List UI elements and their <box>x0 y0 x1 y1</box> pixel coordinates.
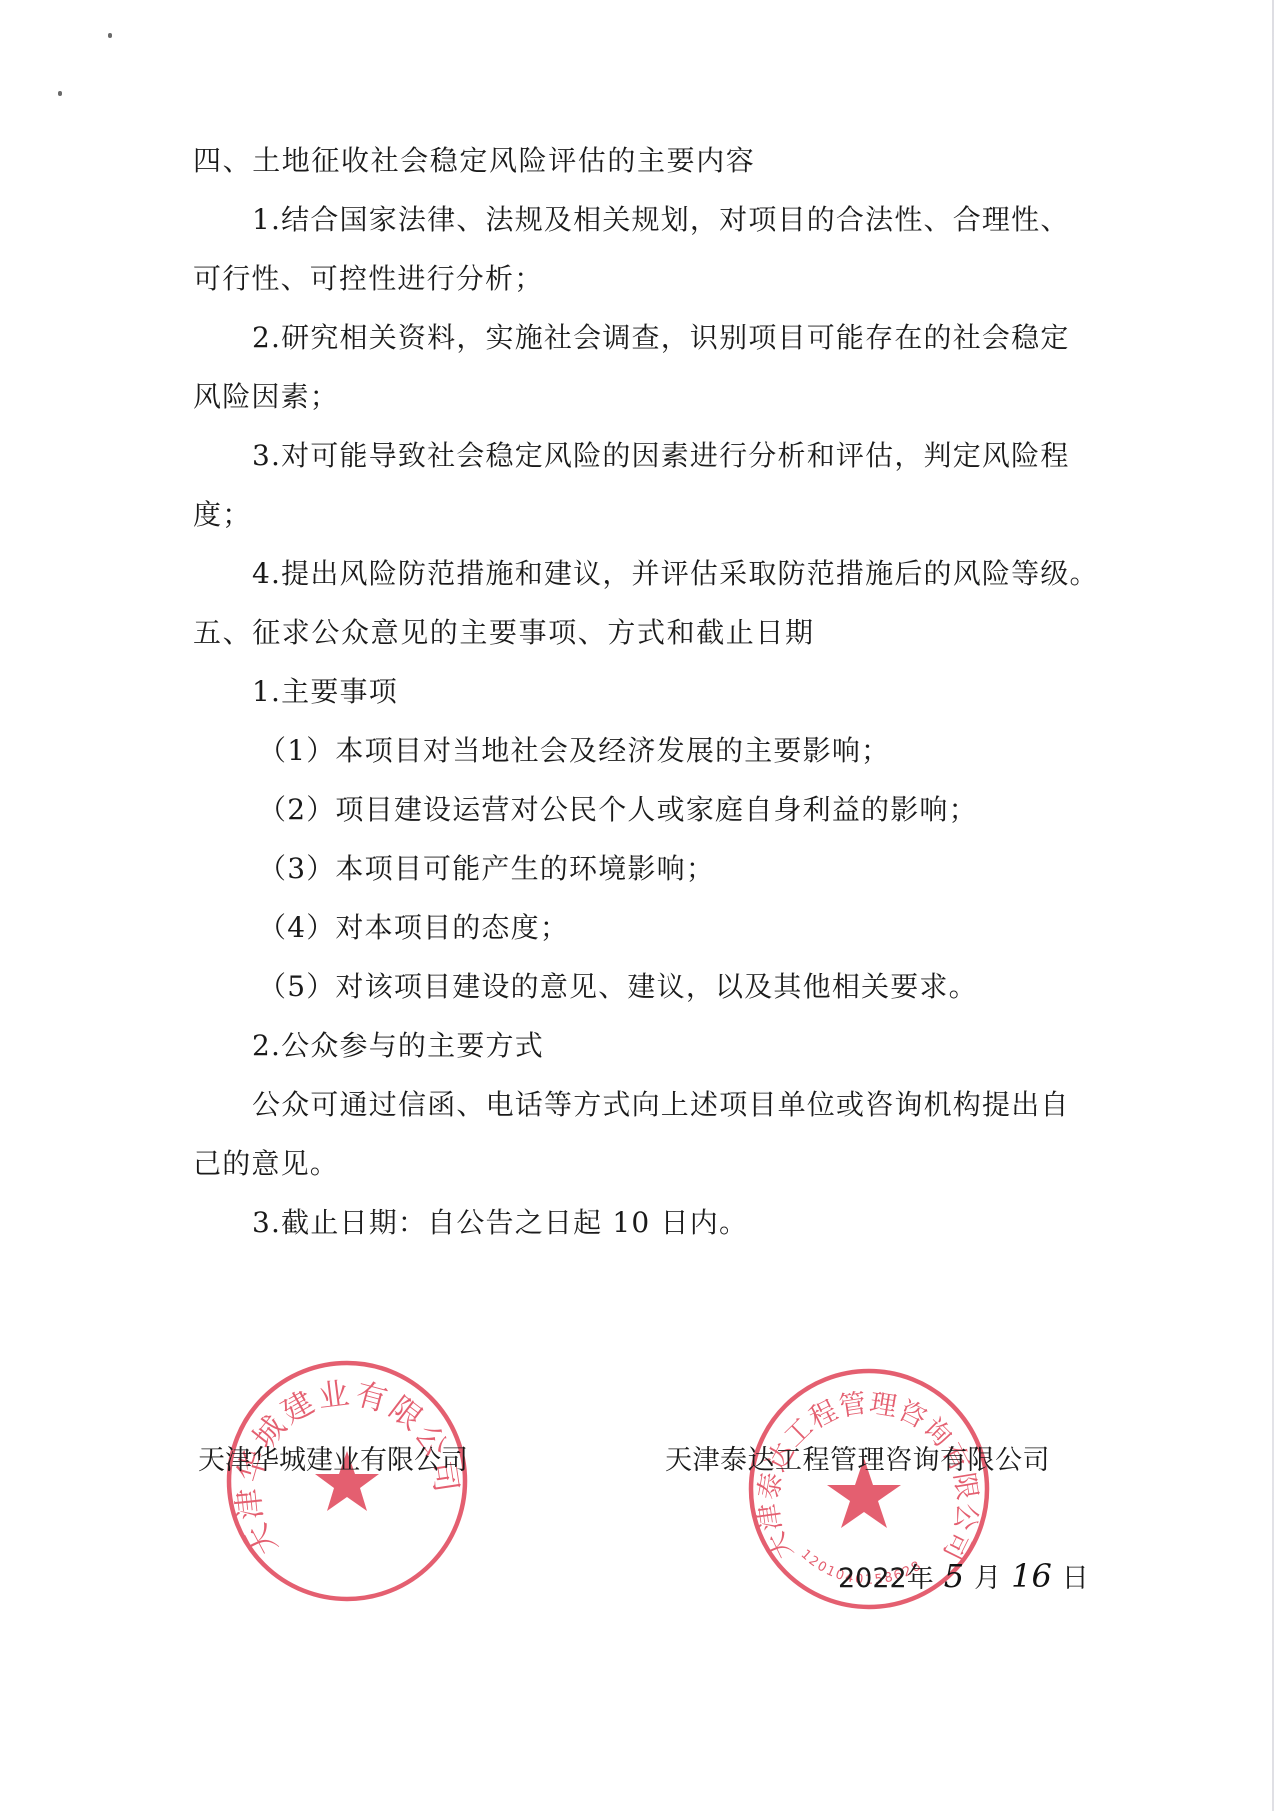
section-5-subitem: （2）项目建设运营对公民个人或家庭自身利益的影响； <box>258 790 1148 830</box>
section-4-line: 4.提出风险防范措施和建议，并评估采取防范措施后的风险等级。 <box>252 554 1142 594</box>
scan-edge-line <box>1272 0 1274 1811</box>
scan-speck <box>58 91 62 96</box>
right-company-name: 天津泰达工程管理咨询有限公司 <box>665 1443 1050 1479</box>
section-5-item-2-text: 己的意见。 <box>193 1144 1083 1184</box>
section-5-item-1-title: 1.主要事项 <box>252 672 1142 712</box>
date-month-unit: 月 <box>974 1563 1001 1594</box>
date-year-unit: 年 <box>907 1563 934 1594</box>
date-day-unit: 日 <box>1062 1563 1089 1594</box>
section-4-line: 风险因素； <box>193 377 1083 417</box>
date-day-handwritten: 16 <box>1011 1557 1052 1595</box>
date-month-handwritten: 5 <box>944 1557 964 1595</box>
section-5-subitem: （1）本项目对当地社会及经济发展的主要影响； <box>258 731 1148 771</box>
seal-icon: 天津华城建业有限公司 <box>224 1358 470 1604</box>
section-4-line: 度； <box>193 495 1083 535</box>
section-5-subitem: （5）对该项目建设的意见、建议，以及其他相关要求。 <box>258 967 1148 1007</box>
section-4-line: 3.对可能导致社会稳定风险的因素进行分析和评估，判定风险程 <box>252 436 1142 476</box>
signature-date: 2022年5月16日 <box>838 1558 1089 1594</box>
section-5-heading: 五、征求公众意见的主要事项、方式和截止日期 <box>193 613 1083 653</box>
section-5-item-3: 3.截止日期：自公告之日起 10 日内。 <box>252 1203 1142 1243</box>
scan-speck <box>108 33 112 38</box>
section-4-heading: 四、土地征收社会稳定风险评估的主要内容 <box>193 141 1083 181</box>
document-page: 四、土地征收社会稳定风险评估的主要内容 1.结合国家法律、法规及相关规划，对项目… <box>0 0 1280 1811</box>
left-company-name: 天津华城建业有限公司 <box>198 1443 468 1479</box>
section-5-subitem: （3）本项目可能产生的环境影响； <box>258 849 1148 889</box>
section-5-item-2-text: 公众可通过信函、电话等方式向上述项目单位或咨询机构提出自 <box>252 1085 1142 1125</box>
section-4-line: 可行性、可控性进行分析； <box>193 259 1083 299</box>
section-4-line: 1.结合国家法律、法规及相关规划，对项目的合法性、合理性、 <box>252 200 1142 240</box>
section-5-subitem: （4）对本项目的态度； <box>258 908 1148 948</box>
section-4-line: 2.研究相关资料，实施社会调查，识别项目可能存在的社会稳定 <box>252 318 1142 358</box>
section-5-item-2-title: 2.公众参与的主要方式 <box>252 1026 1142 1066</box>
date-year: 2022 <box>838 1563 907 1594</box>
left-company-seal: 天津华城建业有限公司 <box>224 1358 470 1609</box>
